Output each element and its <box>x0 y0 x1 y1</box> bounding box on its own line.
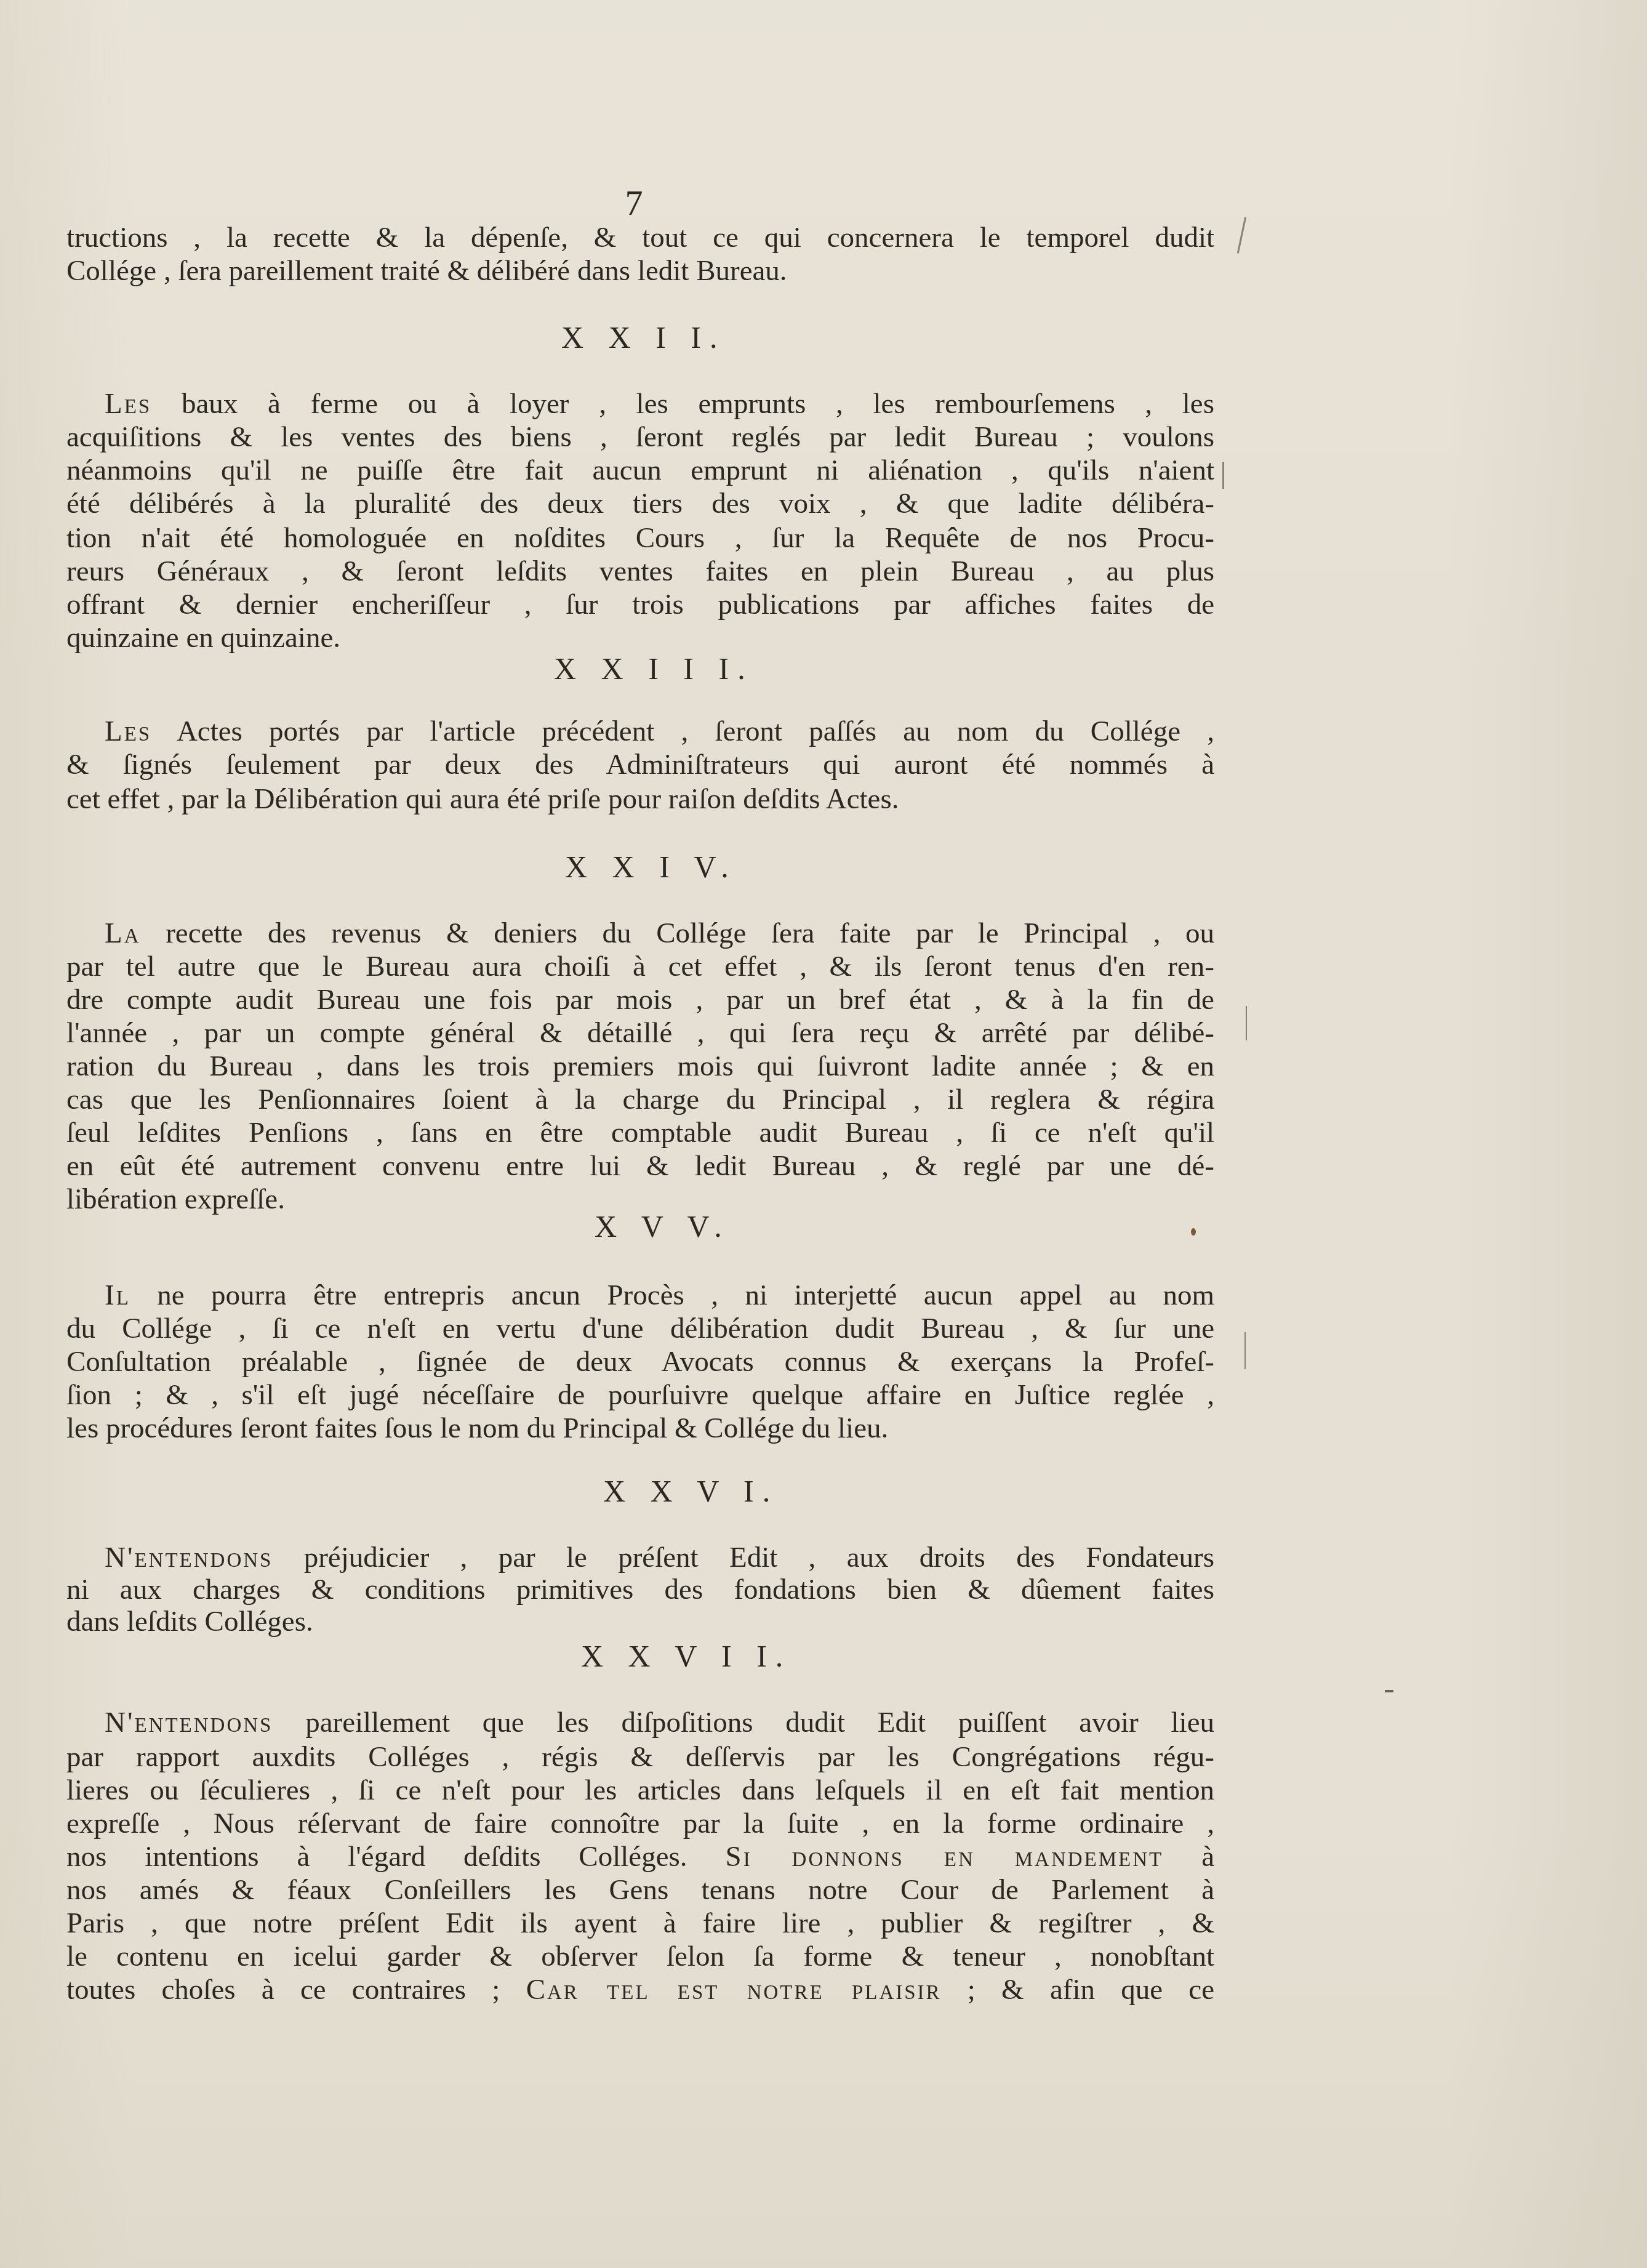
margin-mark <box>1246 1006 1247 1040</box>
lead-word: Il <box>105 1279 130 1311</box>
article-xvv-line: du Collége , ſi ce n'eſt en vertu d'une … <box>66 1311 1214 1346</box>
margin-mark <box>1244 1332 1246 1369</box>
article-xxii-line: été délibérés à la pluralité des deux ti… <box>66 486 1214 521</box>
ink-spot <box>1191 1228 1196 1236</box>
text-line: tructions , la recette & la dépenſe, & t… <box>66 220 1214 255</box>
lead-word: N'entendons <box>105 1542 273 1574</box>
article-xxvii-line: toutes choſes à ce contraires ; Car tel … <box>66 1972 1214 2007</box>
article-xxiii-line: & ſignés ſeulement par deux des Adminiſt… <box>66 747 1214 782</box>
article-xxiv-line: en eût été autrement convenu entre lui &… <box>66 1149 1214 1183</box>
article-xxii-line: néanmoins qu'il ne puiſſe être fait aucu… <box>66 453 1214 488</box>
article-xxvi-line: N'entendons préjudicier , par le préſent… <box>105 1540 1214 1575</box>
article-xxvii-line: par rapport auxdits Colléges , régis & d… <box>66 1740 1214 1774</box>
article-xxiv-line: l'année , par un compte général & détail… <box>66 1016 1214 1050</box>
article-xxvi-line: ni aux charges & conditions primitives d… <box>66 1572 1214 1607</box>
article-xxiv-line: ſeul leſdites Penſions , ſans en être co… <box>66 1116 1214 1150</box>
page-number: 7 <box>615 185 652 222</box>
lead-word: La <box>105 917 141 949</box>
article-xxvii-line: nos amés & féaux Conſeillers les Gens te… <box>66 1873 1214 1907</box>
document-page: 7 tructions , la recette & la dépenſe, &… <box>0 0 1647 2268</box>
article-xxiv-line: cas que les Penſionnaires ſoient à la ch… <box>66 1082 1214 1117</box>
article-xxii-line: acquiſitions & les ventes des biens , ſe… <box>66 420 1214 454</box>
article-xxiii-line: Les Actes portés par l'article précédent… <box>105 714 1214 749</box>
article-xvv-line: Il ne pourra être entrepris ancun Procès… <box>105 1278 1214 1313</box>
lead-word: Les <box>105 715 151 747</box>
margin-mark <box>1237 217 1246 253</box>
lead-word: N'entendons <box>105 1707 273 1739</box>
article-xxvii-line: lieres ou ſéculieres , ſi ce n'eſt pour … <box>66 1773 1214 1808</box>
article-xvv-line: les procédures ſeront faites ſous le nom… <box>66 1411 1214 1446</box>
article-xxvii-line: expreſſe , Nous réſervant de faire conno… <box>66 1806 1214 1841</box>
article-xxvii-line: N'entendons pareillement que les diſpoſi… <box>105 1705 1214 1740</box>
article-xxvii-line: Paris , que notre préſent Edit ils ayent… <box>66 1906 1214 1940</box>
article-xxiv-line: ration du Bureau , dans les trois premie… <box>66 1049 1214 1084</box>
article-xxiv-line: dre compte audit Bureau une fois par moi… <box>66 983 1214 1017</box>
margin-mark <box>1222 462 1224 489</box>
article-xvv-line: Conſultation préalable , ſignée de deux … <box>66 1345 1214 1379</box>
article-xvv-line: ſion ; & , s'il eſt jugé néceſſaire de p… <box>66 1378 1214 1412</box>
pleasure-caps: Car tel est notre plaisir <box>526 1974 942 2006</box>
article-xxvii-line: le contenu en icelui garder & obſerver ſ… <box>66 1939 1214 1974</box>
mandate-caps: Si donnons en mandement <box>726 1841 1164 1873</box>
article-xxii-line: offrant & dernier encheriſſeur , ſur tro… <box>66 587 1214 622</box>
article-xxii-line: reurs Généraux , & ſeront leſdits ventes… <box>66 554 1214 589</box>
article-xxvii-line: nos intentions à l'égard deſdits Collége… <box>66 1840 1214 1874</box>
article-xxiv-line: La recette des revenus & deniers du Coll… <box>105 916 1214 951</box>
article-xxiv-line: par tel autre que le Bureau aura choiſi … <box>66 949 1214 984</box>
text-line: Collége , ſera pareillement traité & dél… <box>66 254 1214 288</box>
article-xxiii-line: cet effet , par la Délibération qui aura… <box>66 782 1214 816</box>
article-xxii-line: tion n'ait été homologuée en noſdites Co… <box>66 521 1214 555</box>
ink-spot <box>1385 1690 1393 1692</box>
article-xxii-line: Les baux à ferme ou à loyer , les emprun… <box>105 387 1214 421</box>
article-xxvi-line: dans leſdits Colléges. <box>66 1604 1214 1639</box>
lead-word: Les <box>105 388 151 420</box>
